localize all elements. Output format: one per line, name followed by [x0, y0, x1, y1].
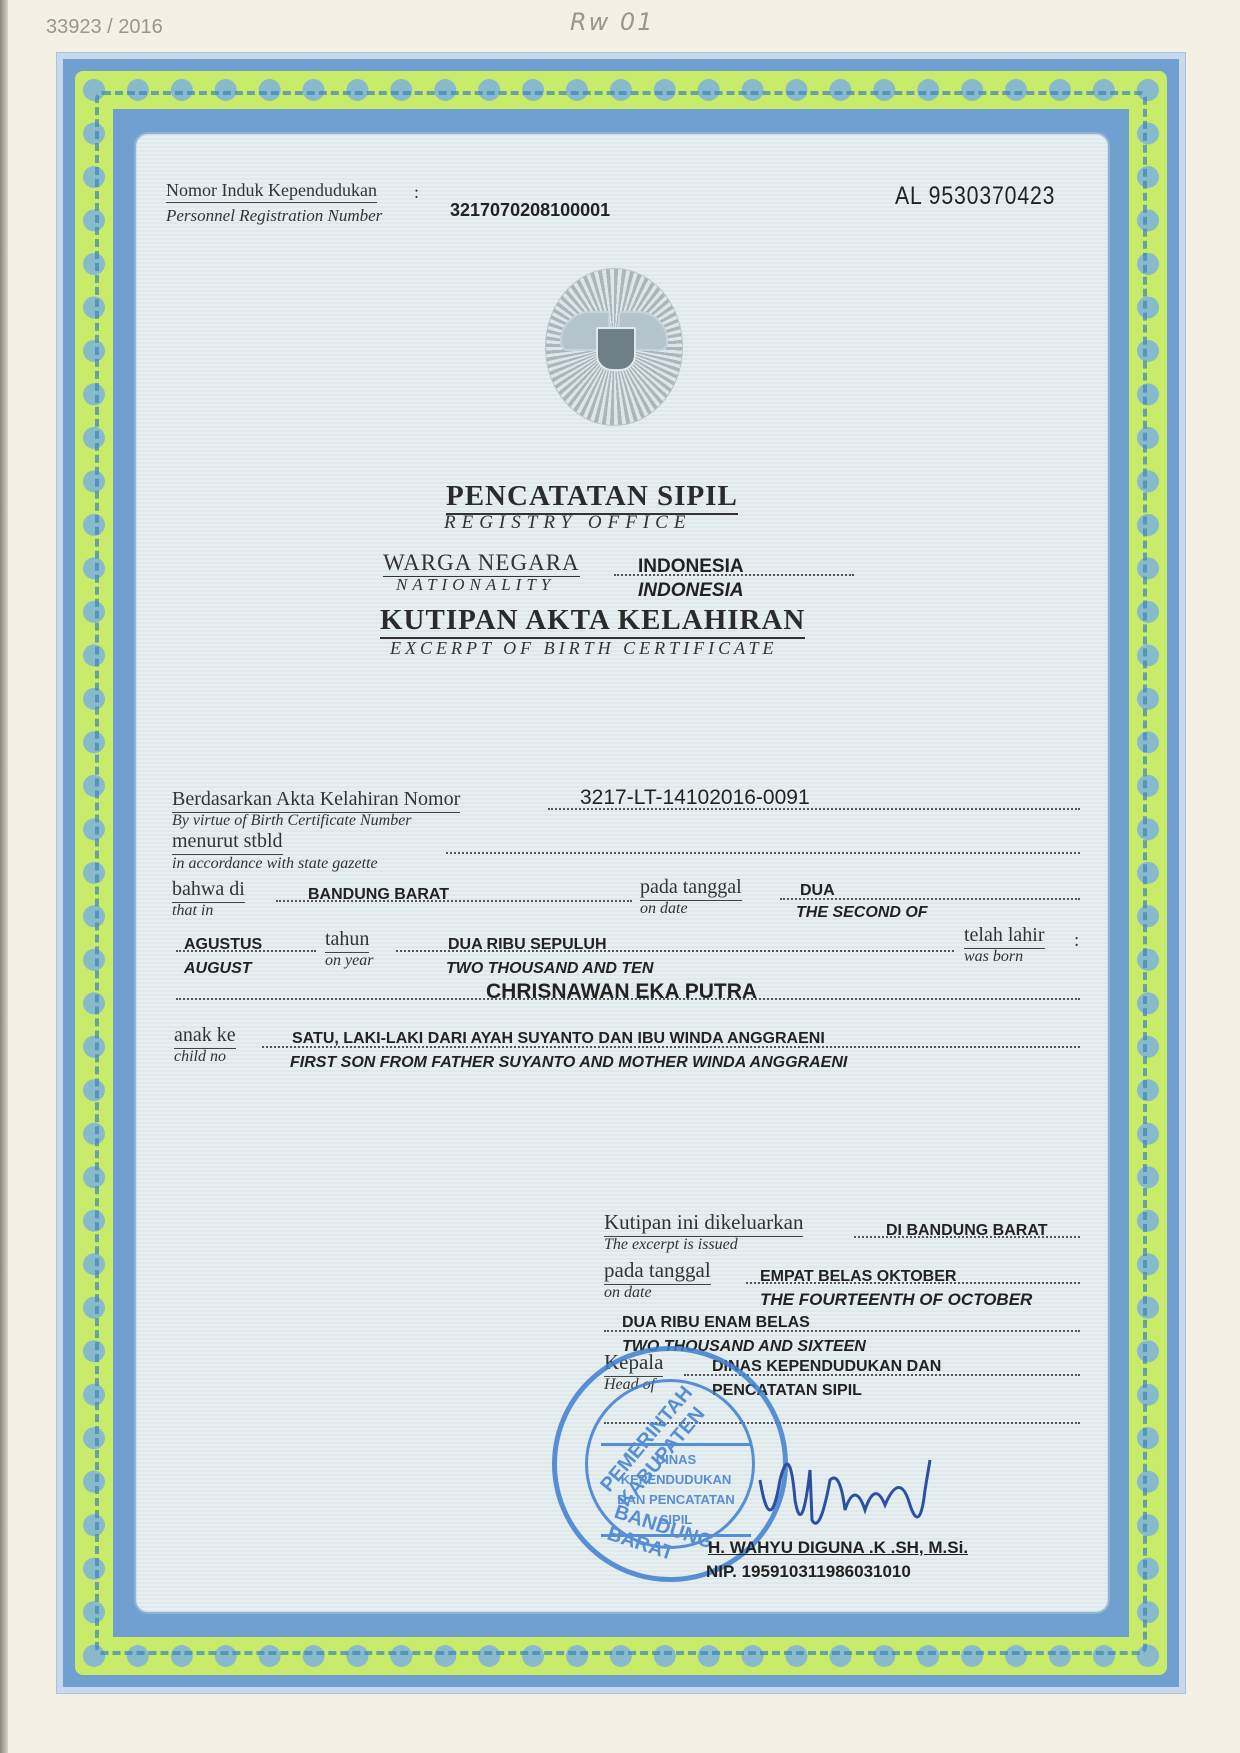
issue-date-label: pada tanggal — [604, 1258, 711, 1285]
child-no-label-en: child no — [174, 1048, 226, 1066]
birth-year-label: tahun — [325, 928, 369, 953]
office-title: PENCATATAN SIPIL — [446, 480, 738, 515]
issue-year-value: DUA RIBU ENAM BELAS — [622, 1314, 810, 1332]
file-number: 33923 / 2016 — [46, 16, 163, 39]
emblem-shield — [596, 327, 636, 371]
handwritten-note: Rw 01 — [570, 8, 654, 36]
place-label-en: that in — [172, 902, 213, 920]
issue-date-label-en: on date — [604, 1284, 652, 1302]
nationality-value-en: INDONESIA — [638, 580, 744, 602]
born-label-en: was born — [964, 948, 1023, 966]
birth-date-value-en: THE SECOND OF — [796, 904, 928, 922]
serial-number: AL 9530370423 — [895, 182, 1055, 211]
nationality-label: WARGA NEGARA — [383, 550, 580, 577]
nik-value: 3217070208100001 — [450, 200, 610, 221]
issued-label: Kutipan ini dikeluarkan — [604, 1210, 803, 1237]
issue-date-value-en: THE FOURTEENTH OF OCTOBER — [760, 1290, 1032, 1310]
birth-year-label-en: on year — [325, 952, 373, 970]
birth-date-value: DUA — [800, 882, 835, 900]
document-title: KUTIPAN AKTA KELAHIRAN — [380, 604, 805, 639]
issued-place: DI BANDUNG BARAT — [886, 1222, 1047, 1240]
signer-nip: NIP. 195910311986031010 — [706, 1562, 911, 1582]
nationality-label-en: NATIONALITY — [396, 575, 555, 595]
birth-date-label: pada tanggal — [640, 876, 742, 901]
place-value: BANDUNG BARAT — [308, 886, 449, 904]
signature-icon — [750, 1440, 990, 1550]
place-label: bahwa di — [172, 878, 245, 903]
nik-label-en: Personnel Registration Number — [166, 206, 382, 226]
stamp-center-line-1: DINAS KEPENDUDUKAN — [601, 1450, 751, 1490]
birth-month-value-en: AUGUST — [184, 960, 252, 978]
cert-no-label-en: By virtue of Birth Certificate Number — [172, 812, 412, 830]
colon: : — [1074, 930, 1079, 952]
stbld-label: menurut stbld — [172, 830, 283, 855]
born-label: telah lahir — [964, 924, 1045, 949]
child-name: CHRISNAWAN EKA PUTRA — [486, 980, 757, 1004]
issue-date-value: EMPAT BELAS OKTOBER — [760, 1268, 956, 1286]
child-no-value: SATU, LAKI-LAKI DARI AYAH SUYANTO DAN IB… — [292, 1030, 825, 1048]
office-title-en: REGISTRY OFFICE — [444, 512, 691, 534]
signer-name: H. WAHYU DIGUNA .K .SH, M.Si. — [708, 1538, 968, 1558]
dotted-line — [446, 852, 1080, 854]
cert-no-value: 3217-LT-14102016-0091 — [580, 786, 810, 810]
birth-year-value-en: TWO THOUSAND AND TEN — [446, 960, 653, 978]
nationality-value: INDONESIA — [638, 556, 744, 578]
colon: : — [414, 182, 419, 203]
garuda-emblem-icon — [545, 268, 683, 426]
issued-label-en: The excerpt is issued — [604, 1236, 738, 1254]
cert-no-label: Berdasarkan Akta Kelahiran Nomor — [172, 788, 460, 813]
document-title-en: EXCERPT OF BIRTH CERTIFICATE — [390, 638, 777, 659]
child-no-value-en: FIRST SON FROM FATHER SUYANTO AND MOTHER… — [290, 1054, 847, 1072]
birth-month-value: AGUSTUS — [184, 936, 262, 954]
stbld-label-en: in accordance with state gazette — [172, 855, 378, 873]
scan-edge — [0, 0, 8, 1753]
birth-year-value: DUA RIBU SEPULUH — [448, 936, 607, 954]
child-no-label: anak ke — [174, 1024, 236, 1049]
nik-label: Nomor Induk Kependudukan — [166, 180, 377, 203]
birth-date-label-en: on date — [640, 900, 688, 918]
